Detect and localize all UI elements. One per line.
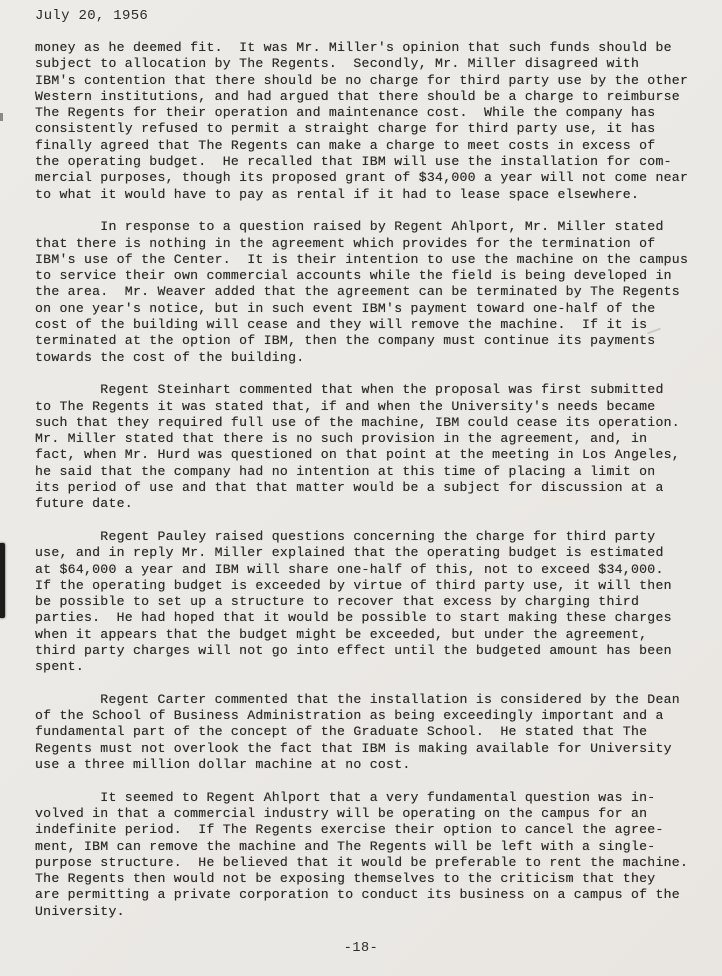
scanned-document-page: July 20, 1956 money as he deemed fit. It… [0, 0, 722, 976]
paragraph: Regent Pauley raised questions concernin… [35, 529, 705, 676]
page-number: -18- [0, 941, 722, 956]
paragraph: Regent Carter commented that the install… [35, 692, 705, 773]
scan-artifact-speck [0, 113, 3, 121]
paragraph: money as he deemed fit. It was Mr. Mille… [35, 40, 705, 203]
document-date: July 20, 1956 [35, 8, 148, 24]
scan-artifact-edge-streak [0, 543, 5, 618]
paragraph: In response to a question raised by Rege… [35, 219, 705, 366]
paragraph: It seemed to Regent Ahlport that a very … [35, 790, 705, 920]
paragraph: Regent Steinhart commented that when the… [35, 382, 705, 512]
document-body: money as he deemed fit. It was Mr. Mille… [35, 40, 705, 936]
